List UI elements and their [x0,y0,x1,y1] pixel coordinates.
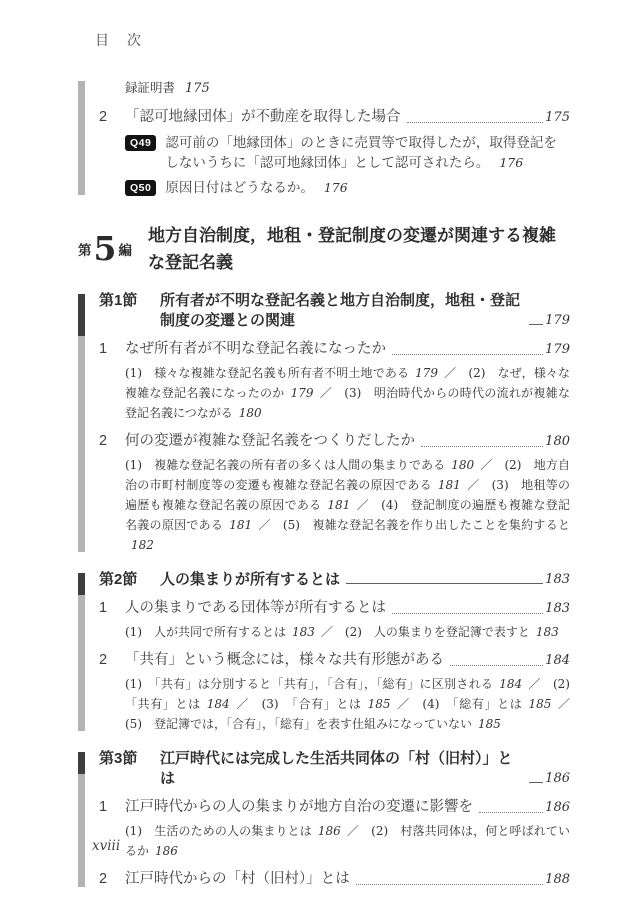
question-badge: Q50 [125,180,156,196]
part-suffix: 編 [118,239,132,259]
section-block-1: 第1節 所有者が不明な登記名義と地方自治制度，地租・登記制度の変遷との関連 17… [78,291,570,555]
question-text: 認可前の「地縁団体」のときに売買等で取得したが，取得登記をしないうちに「認可地縁… [165,133,570,173]
item-body: 何の変遷が複雑な登記名義をつくりだしたか 180 [125,431,570,452]
toc-item: 2 「認可地縁団体」が不動産を取得した場合 175 [99,107,570,128]
subentry-paragraph: (1) 様々な複雑な登記名義も所有者不明土地である179／ (2) なぜ，様々な… [125,363,570,423]
dotted-leader [392,354,543,355]
dotted-leader [421,446,543,447]
item-number: 1 [99,797,125,818]
subentry-paragraph: (1) 「共有」は分別すると「共有」，「合有」，「総有」に区別される184／ (… [125,674,570,734]
dotted-leader [392,613,543,614]
section-bar [78,752,85,887]
page-number: 175 [545,107,570,128]
subentry-text: ／ (4) 「総有」とは [397,697,523,711]
page-number: 180 [545,431,570,452]
subentry-text: (1) 複雑な登記名義の所有者の多くは人間の集まりである [125,458,445,472]
section-bar-dark [78,752,85,774]
page-number: 188 [545,869,570,890]
section-bar [78,81,85,195]
page-number: 186 [545,769,570,789]
toc-item: 1 なぜ所有者が不明な登記名義になったか 179 [99,339,570,360]
item-title: 江戸時代からの「村（旧村）」とは [125,869,350,890]
subentry-paragraph: (1) 人が共同で所有するとは183／ (2) 人の集まりを登記簿で表すと183 [125,622,570,642]
subentry-paragraph: (1) 複雑な登記名義の所有者の多くは人間の集まりである180／ (2) 地方自… [125,455,570,555]
page-number: 183 [292,625,315,639]
page-number: 179 [545,311,570,331]
solid-leader [529,324,543,325]
section-title: 人の集まりが所有するとは [160,570,340,590]
page-number: 183 [545,570,570,590]
page-number: 179 [415,366,438,380]
section-heading-body: 人の集まりが所有するとは 183 [160,570,570,590]
page-number: 186 [545,797,570,818]
page-number: 184 [545,650,570,671]
dotted-leader [450,665,543,666]
subentry: ／ (2) 人の集まりを登記簿で表すと183 [321,625,565,639]
toc-item: 2 「共有」という概念には，様々な共有形態がある 184 [99,650,570,671]
item-body: 「共有」という概念には，様々な共有形態がある 184 [125,650,570,671]
item-number: 2 [99,107,125,128]
subentry: ／ (4) 「総有」とは185 [397,697,558,711]
dotted-leader [356,884,543,885]
part-heading: 第 5 編 地方自治制度，地租・登記制度の変遷が関連する複雑な登記名義 [78,222,570,276]
page-number: 184 [499,677,522,691]
item-title: 江戸時代からの人の集まりが地方自治の変遷に影響を [125,797,473,818]
part-title: 地方自治制度，地租・登記制度の変遷が関連する複雑な登記名義 [148,222,570,276]
page-number: 185 [368,697,391,711]
page-number: 176 [324,180,348,195]
question-text: 原因日付はどうなるか。176 [165,178,570,198]
section-block-2: 第2節 人の集まりが所有するとは 183 1 人の集まりである団体等が所有すると… [78,570,570,734]
page-number: 180 [239,406,262,420]
item-title: 何の変遷が複雑な登記名義をつくりだしたか [125,431,415,452]
carryover-tail: 録証明書175 [125,78,570,99]
carryover-block: 録証明書175 2 「認可地縁団体」が不動産を取得した場合 175 Q49 認可… [78,78,570,198]
item-body: 江戸時代からの「村（旧村）」とは 188 [125,869,570,890]
subentry-text: (1) 「共有」は分別すると「共有」，「合有」，「総有」に区別される [125,677,493,691]
section-heading: 第2節 人の集まりが所有するとは 183 [99,570,570,590]
toc-item: 1 人の集まりである団体等が所有するとは 183 [99,598,570,619]
page-number: 175 [185,81,210,96]
item-number: 2 [99,650,125,671]
page-number: 179 [545,339,570,360]
question-badge: Q49 [125,135,156,151]
page-title: 目 次 [95,30,570,50]
subentry: (1) 生活のための人の集まりとは186 [125,824,347,838]
section-bar-dark [78,573,85,595]
subentry-text: ／ (2) 人の集まりを登記簿で表すと [321,625,530,639]
item-body: なぜ所有者が不明な登記名義になったか 179 [125,339,570,360]
toc-page: 目 次 録証明書175 2 「認可地縁団体」が不動産を取得した場合 175 Q4… [0,0,629,900]
section-block-3: 第3節 江戸時代には完成した生活共同体の「村（旧村）」とは 186 1 江戸時代… [78,749,570,890]
question-title: 原因日付はどうなるか。 [165,180,314,195]
dotted-leader [479,812,543,813]
question-entry: Q49 認可前の「地縁団体」のときに売買等で取得したが，取得登記をしないうちに「… [125,133,570,173]
page-number: 179 [291,386,314,400]
page-number: 181 [229,518,252,532]
toc-item: 2 江戸時代からの「村（旧村）」とは 188 [99,869,570,890]
subentry: (1) 様々な複雑な登記名義も所有者不明土地である179 [125,366,444,380]
subentry: (1) 人が共同で所有するとは183 [125,625,321,639]
subentry-text: ／ (5) 複雑な登記名義を作り出したことを集約すると [258,518,570,532]
page-number: 185 [478,717,501,731]
question-entry: Q50 原因日付はどうなるか。176 [125,178,570,198]
section-label: 第2節 [99,570,160,590]
item-number: 1 [99,598,125,619]
page-number: 186 [155,844,178,858]
item-number: 2 [99,431,125,452]
item-number: 1 [99,339,125,360]
solid-leader [346,583,543,584]
section-bar [78,573,85,731]
section-heading-body: 所有者が不明な登記名義と地方自治制度，地租・登記制度の変遷との関連 179 [160,291,570,331]
item-body: 「認可地縁団体」が不動産を取得した場合 175 [125,107,570,128]
section-label: 第1節 [99,291,160,331]
page-number: 183 [536,625,559,639]
item-body: 人の集まりである団体等が所有するとは 183 [125,598,570,619]
subentry-text: (1) 人が共同で所有するとは [125,625,286,639]
subentry: ／ (3) 「合有」とは185 [236,697,397,711]
page-number: 182 [131,538,154,552]
section-bar [78,294,85,552]
subentry: (1) 複雑な登記名義の所有者の多くは人間の集まりである180 [125,458,480,472]
item-body: 江戸時代からの人の集まりが地方自治の変遷に影響を 186 [125,797,570,818]
carryover-tail-text: 録証明書 [125,80,175,95]
subentry-text: (1) 生活のための人の集まりとは [125,824,312,838]
page-number: 183 [545,598,570,619]
item-number: 2 [99,869,125,890]
subentry-paragraph: (1) 生活のための人の集まりとは186／ (2) 村落共同体は，何と呼ばれてい… [125,821,570,861]
section-title: 所有者が不明な登記名義と地方自治制度，地租・登記制度の変遷との関連 [160,291,523,331]
toc-item: 1 江戸時代からの人の集まりが地方自治の変遷に影響を 186 [99,797,570,818]
page-number: 184 [207,697,230,711]
part-number: 第 5 編 [78,222,148,276]
section-bar-dark [78,294,85,336]
page-number: 186 [318,824,341,838]
item-title: 人の集まりである団体等が所有するとは [125,598,386,619]
page-number: 181 [438,478,461,492]
item-title: 「共有」という概念には，様々な共有形態がある [125,650,444,671]
item-title: 「認可地縁団体」が不動産を取得した場合 [125,107,401,128]
toc-item: 2 何の変遷が複雑な登記名義をつくりだしたか 180 [99,431,570,452]
subentry-text: (1) 様々な複雑な登記名義も所有者不明土地である [125,366,409,380]
section-title: 江戸時代には完成した生活共同体の「村（旧村）」とは [160,749,523,789]
part-prefix: 第 [78,239,92,259]
item-title: なぜ所有者が不明な登記名義になったか [125,339,386,360]
page-number: 181 [327,498,350,512]
dotted-leader [407,122,544,123]
section-heading: 第3節 江戸時代には完成した生活共同体の「村（旧村）」とは 186 [99,749,570,789]
subentry-text: ／ (3) 「合有」とは [236,697,362,711]
page-number: 185 [528,697,551,711]
part-numeral: 5 [94,232,117,266]
section-heading-body: 江戸時代には完成した生活共同体の「村（旧村）」とは 186 [160,749,570,789]
folio-page-number: xviii [92,838,120,854]
section-heading: 第1節 所有者が不明な登記名義と地方自治制度，地租・登記制度の変遷との関連 17… [99,291,570,331]
solid-leader [529,782,543,783]
page-number: 176 [499,155,523,170]
page-number: 180 [451,458,474,472]
section-label: 第3節 [99,749,160,789]
subentry: (1) 「共有」は分別すると「共有」，「合有」，「総有」に区別される184 [125,677,528,691]
